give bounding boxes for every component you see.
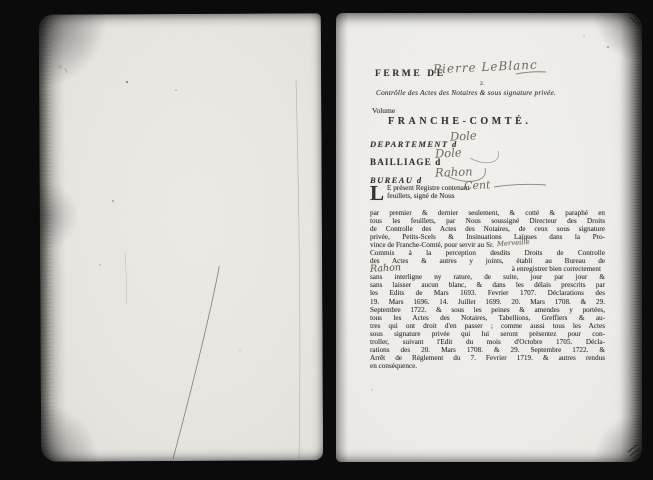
- paragraph-line: en conséquence.: [370, 362, 605, 370]
- paragraph-line: sous signature privée qui lui seront pré…: [370, 330, 605, 338]
- handwritten-departement-value: Dole: [450, 128, 477, 143]
- bailliage-label: BAILLIAGE d: [370, 157, 441, 167]
- paragraph-line: privée, Petits-Scels & Insinuations Laïq…: [370, 233, 605, 241]
- province-title: FRANCHE-COMTÉ.: [388, 116, 531, 127]
- volume-label: Volume: [372, 106, 395, 115]
- paragraph-line: de Controlle des Actes des Notaires, de …: [370, 225, 605, 233]
- paragraph-line: 19. Mars 1696. 14. Juillet 1699. 20. Mar…: [370, 298, 605, 306]
- handwritten-commis-name: Merveille: [497, 238, 530, 248]
- paragraph-line: tous les feuillets, par Nous soussigné D…: [370, 217, 605, 225]
- regulation-paragraph: par premier & dernier seulement, & cotté…: [370, 209, 605, 370]
- paraph-mark: 2.: [480, 81, 484, 87]
- register-intro: L E présent Registre contenant feuillets…: [370, 184, 540, 202]
- handwritten-bureau-name-inline: Rahon: [370, 265, 401, 275]
- handwritten-bailliage-value: Dole: [435, 145, 462, 160]
- intro-line2: feuillets, signé de Nous: [387, 192, 454, 200]
- left-blank-page: [39, 13, 323, 461]
- scanned-book-image: FERME DE Pierre LeBlanc 2. Contrôlle des…: [0, 0, 653, 480]
- left-page-binding-edge: [39, 15, 54, 462]
- right-page-fore-edge: [631, 13, 642, 462]
- register-subtitle: Contrôlle des Actes des Notaires & sous …: [376, 88, 556, 97]
- handwritten-bureau-value: Rahon: [435, 164, 473, 179]
- paragraph-line: Septembre 1722. & sous les peines & amen…: [370, 306, 605, 314]
- paragraph-line: tous les Actes des Notaires, Tabellions,…: [370, 314, 605, 322]
- paragraph-line: par premier & dernier seulement, & cotté…: [370, 209, 605, 217]
- handwritten-folio-count: Cent: [464, 178, 491, 192]
- paragraph-line: tres qui ont droit d'en passer ; comme a…: [370, 322, 605, 330]
- right-title-page: FERME DE Pierre LeBlanc 2. Contrôlle des…: [336, 13, 642, 462]
- paragraph-line: troller, suivant l'Edit du mois d'Octobr…: [370, 338, 605, 346]
- paragraph-line: les Edits de Mars 1693. Fevrier 1707. Dé…: [370, 289, 605, 297]
- handwritten-farm-holder-name: Pierre LeBlanc: [433, 58, 538, 77]
- paragraph-line: rations des 20. Mars 1708. & 29. Septemb…: [370, 346, 605, 354]
- paragraph-line: Arrêt de Réglement du 7. Fevrier 1719. &…: [370, 354, 605, 362]
- paragraph-line: vince de Franche-Comté, pour servir au S…: [370, 241, 494, 249]
- bailliage-field: BAILLIAGE d: [370, 152, 441, 170]
- dropcap-L: L: [370, 185, 384, 202]
- intro-line1: E présent Registre contenant: [387, 184, 469, 192]
